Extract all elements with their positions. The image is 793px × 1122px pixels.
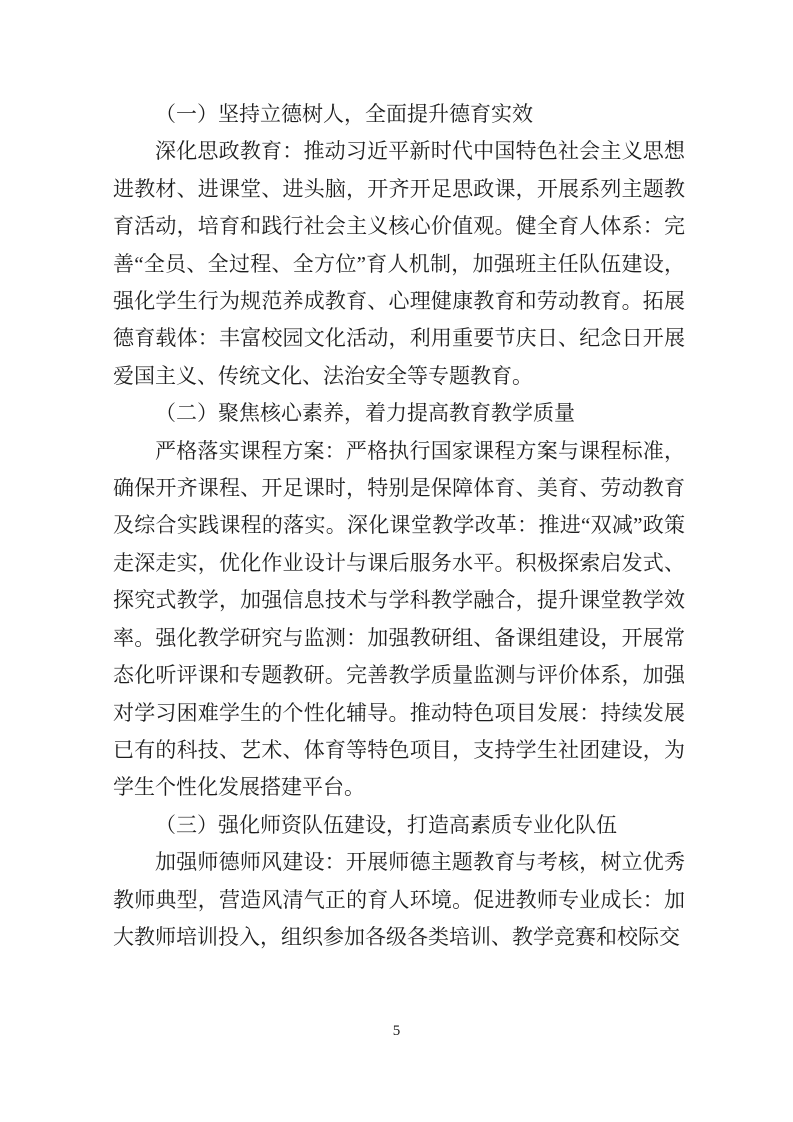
page-number: 5 — [0, 1022, 793, 1040]
section-heading-3: （三）强化师资队伍建设，打造高素质专业化队伍 — [113, 807, 685, 844]
section-heading-2: （二）聚焦核心素养，着力提高教育教学质量 — [113, 395, 685, 432]
paragraph-moral-education: 深化思政教育：推动习近平新时代中国特色社会主义思想进教材、进课堂、进头脑，开齐开… — [113, 133, 685, 395]
paragraph-teaching-quality: 严格落实课程方案：严格执行国家课程方案与课程标准，确保开齐课程、开足课时，特别是… — [113, 433, 685, 807]
paragraph-teacher-development: 加强师德师风建设：开展师德主题教育与考核，树立优秀教师典型，营造风清气正的育人环… — [113, 844, 685, 956]
document-body: （一）坚持立德树人，全面提升德育实效 深化思政教育：推动习近平新时代中国特色社会… — [113, 96, 685, 956]
section-heading-1: （一）坚持立德树人，全面提升德育实效 — [113, 96, 685, 133]
document-page: （一）坚持立德树人，全面提升德育实效 深化思政教育：推动习近平新时代中国特色社会… — [0, 0, 793, 1122]
